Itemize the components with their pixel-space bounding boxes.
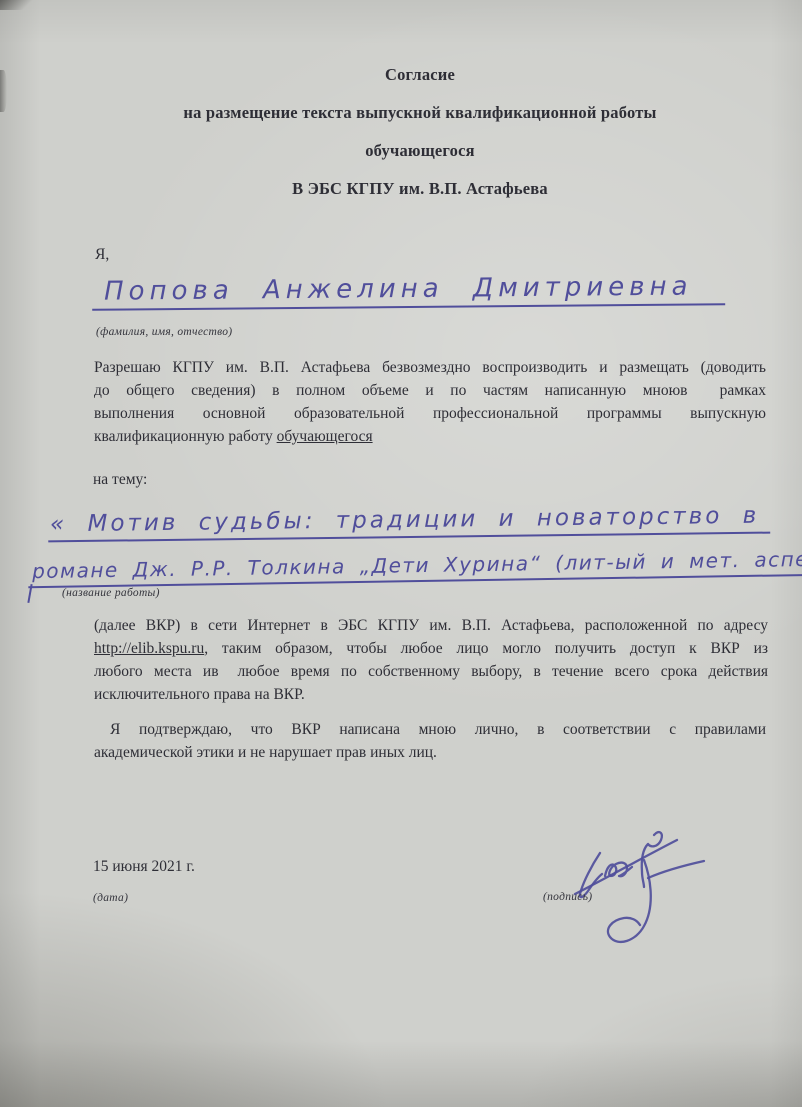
signature-loops [605,863,632,877]
name-caption: (фамилия, имя, отчество) [96,326,232,338]
date-text: 15 июня 2021 г. [93,855,195,878]
handwritten-name: Попова Анжелина Дмитриевна [92,272,693,309]
distribution-line-3: любого места ив любое время по собственн… [94,660,768,683]
permission-line-2: до общего сведения) в полном объеме и по… [94,379,766,402]
permission-line-3: выполнения основной образовательной проф… [94,402,766,425]
title-line-3: обучающегося [40,132,800,170]
distribution-line-1: (далее ВКР) в сети Интернет в ЭБС КГПУ и… [94,614,768,637]
underlined-word-obuchayushchegosya: обучающегося [277,428,373,445]
photo-edge-shadow [0,70,7,112]
affirmation-paragraph: Я подтверждаю, что ВКР написана мною лич… [94,718,766,764]
topic-caption: (название работы) [62,587,160,599]
name-underline: Попова Анжелина Дмитриевна [92,255,725,311]
topic-underline-1: « Мотив судьбы: традиции и новаторство в [48,492,770,543]
permission-paragraph: Разрешаю КГПУ им. В.П. Астафьева безвозм… [94,356,766,448]
signature-right-stroke [648,861,704,878]
affirmation-line-1: Я подтверждаю, что ВКР написана мною лич… [94,718,766,741]
handwritten-topic-line-2: романе Дж. Р.Р. Толкина „Дети Хурина“ (л… [28,547,802,587]
document-photo: Согласие на размещение текста выпускной … [0,0,802,1107]
signature-caption: (подпись) [543,891,592,903]
permission-line-4-text: квалификационную работу [94,428,277,445]
topic-underline-2: романе Дж. Р.Р. Толкина „Дети Хурина“ (л… [28,536,802,588]
photo-corner-shadow [0,0,34,10]
title-line-4: В ЭБС КГПУ им. В.П. Астафьева [40,170,800,208]
distribution-paragraph: (далее ВКР) в сети Интернет в ЭБС КГПУ и… [94,614,768,706]
permission-line-1: Разрешаю КГПУ им. В.П. Астафьева безвозм… [94,356,766,379]
elib-url: http://elib.kspu.ru [94,640,204,657]
title-line-1: Согласие [40,56,800,94]
affirmation-line-2: академической этики и не нарушает прав и… [94,741,766,764]
date-caption: (дата) [93,892,128,904]
distribution-line-4: исключительного права на ВКР. [94,683,768,706]
title-line-2: на размещение текста выпускной квалифика… [40,94,800,132]
signature-ink [563,820,715,958]
distribution-line-2: http://elib.kspu.ru, таким образом, чтоб… [94,637,768,660]
document-header: Согласие на размещение текста выпускной … [40,56,800,208]
distribution-line-2-rest: , таким образом, чтобы любое лицо могло … [204,640,768,657]
handwritten-topic-line-1: « Мотив судьбы: традиции и новаторство в [48,503,759,541]
topic-label: на тему: [93,468,147,491]
permission-line-4: квалификационную работу обучающегося [94,425,766,448]
